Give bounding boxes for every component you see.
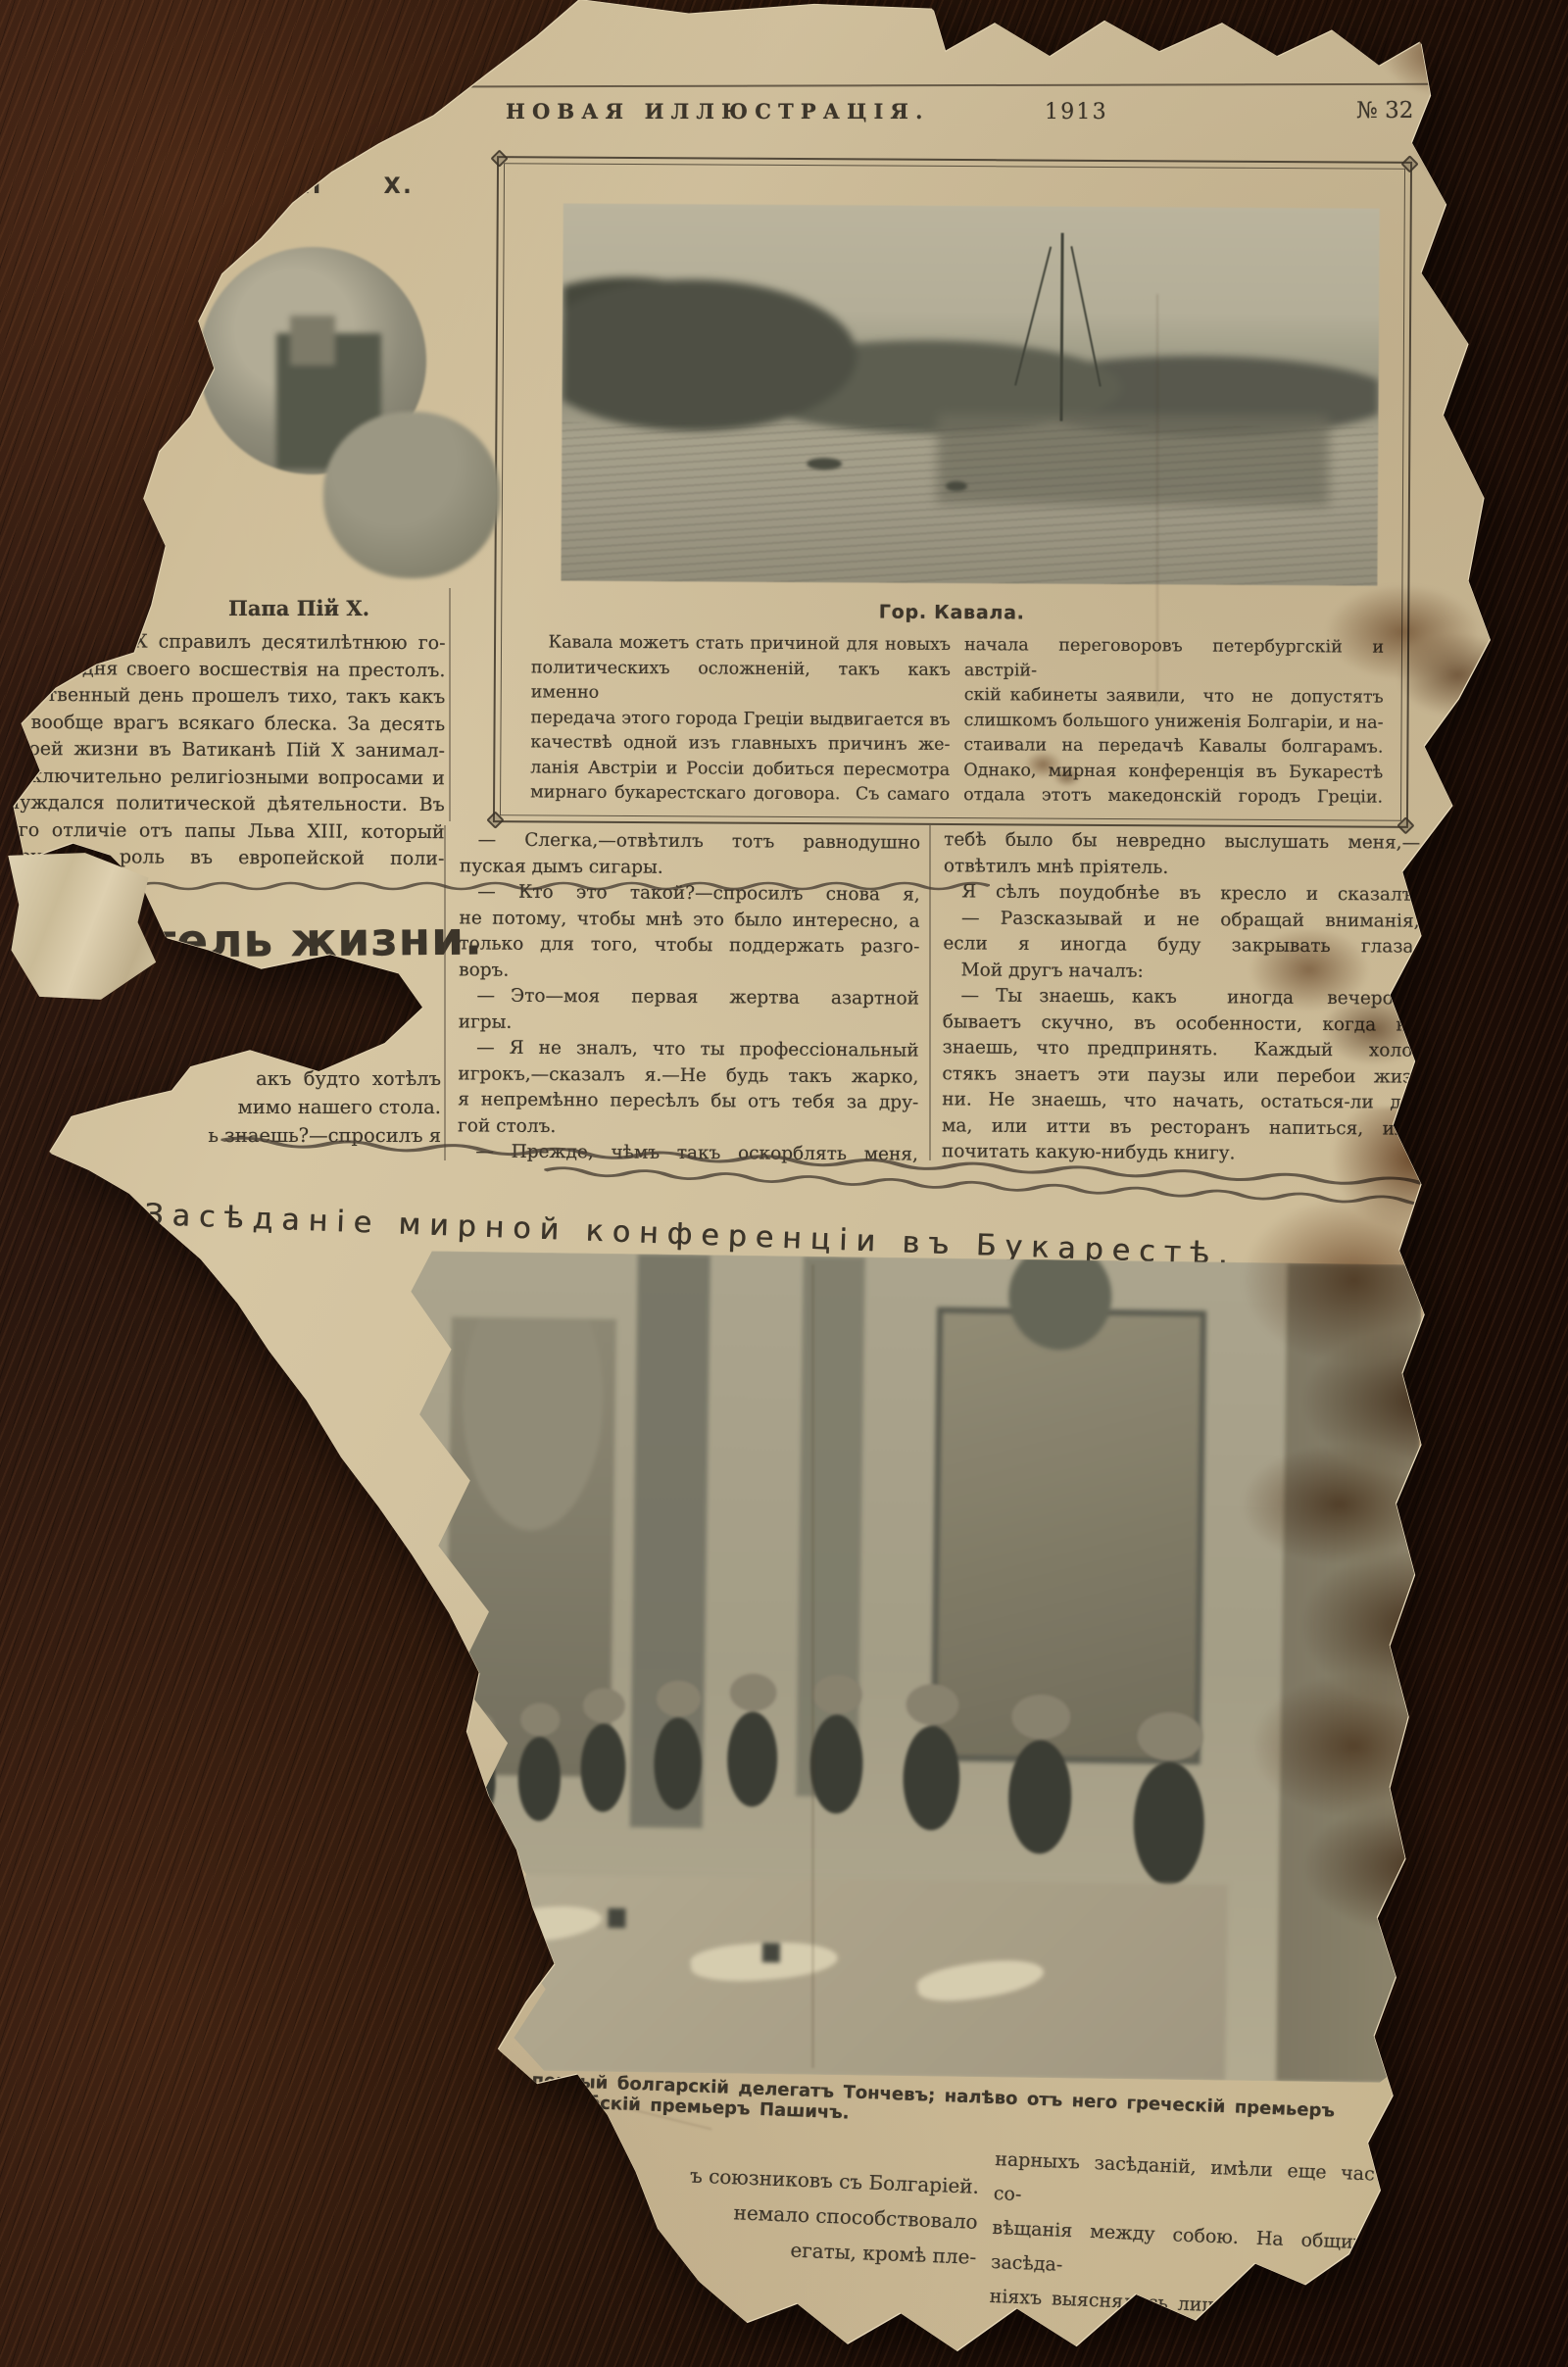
text-line: мирнаго букарестскаго договора. Съ самаг… — [530, 780, 950, 808]
text-line: — Это—моя первая жертва азартной — [459, 983, 919, 1012]
delegate-figure — [507, 1702, 573, 1827]
text-line: чуждался политической дѣятельности. Въ — [8, 790, 445, 819]
text-line: Кавала можетъ стать причиной для новыхъ — [531, 630, 951, 658]
text-line: передача этого города Греціи выдвигается… — [531, 706, 951, 733]
delegate-figure — [713, 1672, 792, 1812]
text-line: качествѣ одной изъ главныхъ причинъ же- — [530, 730, 950, 758]
text-line: отвѣтилъ мнѣ пріятель. — [944, 854, 1420, 883]
text-line: политическихъ осложненій, такъ какъ имен… — [531, 656, 951, 709]
column-divider — [449, 588, 451, 821]
delegate-figure-tonchev — [991, 1693, 1089, 1860]
boat — [946, 481, 967, 491]
delegate-figure — [641, 1680, 715, 1816]
inkwell — [762, 1943, 780, 1962]
text-line: жественный день прошелъ тихо, такъ какъ — [8, 682, 445, 712]
text-line: воръ. — [459, 958, 919, 987]
masthead-year: 1913 — [1045, 100, 1108, 124]
text-line: Папа Пій X справилъ десятилѣтнюю го- — [9, 628, 446, 658]
masthead-title: НОВАЯ ИЛЛЮСТРАЦІЯ. — [506, 99, 930, 123]
mid-right-stain — [1303, 564, 1524, 735]
photo-of-torn-newspaper: НОВАЯ ИЛЛЮСТРАЦІЯ. 1913 № 32 — [0, 0, 1568, 2367]
text-line: — Кто это такой?—спросилъ снова я, — [460, 879, 920, 909]
conference-caption: первый болгарскій делегатъ Тончевъ; налѣ… — [530, 2070, 1413, 2145]
text-line: X вообще врагъ всякаго блеска. За десять — [8, 709, 445, 738]
paper-crease — [811, 1264, 814, 2068]
text-line: исключительно религіозными вопросами и — [8, 763, 445, 792]
delegate-figure — [888, 1683, 976, 1837]
water-texture — [561, 422, 1378, 586]
boat — [807, 458, 842, 469]
text-line: акъ будто хотѣлъ — [147, 1064, 441, 1093]
right-text-stain — [1223, 910, 1439, 1081]
paper-crease — [1156, 294, 1158, 706]
text-line: мимо нашего стола. — [147, 1093, 441, 1121]
text-line: — Слегка,—отвѣтилъ тотъ равнодушно — [460, 827, 920, 857]
delegate-figure — [445, 1709, 508, 1828]
delegate-figure-pashich — [1114, 1710, 1225, 1894]
kavala-text-column-1: Кавала можетъ стать причиной для новыхъп… — [530, 630, 951, 808]
newspaper-page: НОВАЯ ИЛЛЮСТРАЦІЯ. 1913 № 32 — [0, 0, 1568, 2367]
conference-table — [379, 1872, 1227, 2080]
portrait-photo-lower-fragment — [323, 412, 500, 578]
bottom-left-column-fragment: ъ союзниковъ съ Болгаріей.немало способс… — [545, 2152, 980, 2275]
text-line: только для того, чтобы поддержать разго- — [459, 931, 919, 961]
large-right-stain — [1237, 1108, 1531, 1970]
text-line: Я сѣлъ поудобнѣе въ кресло и сказалъ: — [944, 879, 1420, 909]
kavala-panorama-photo — [561, 204, 1379, 586]
text-line: тебѣ было бы невредно выслушать меня,— — [944, 827, 1420, 857]
pius-article-heading: Папа Пій X. — [167, 596, 431, 620]
text-line: — Я не зналъ, что ты профессіональный — [459, 1035, 919, 1064]
text-line: не потому, чтобы мнѣ это было интересно,… — [459, 906, 919, 935]
text-line: игрокъ,—сказалъ я.—Не будь такъ жарко, — [458, 1061, 918, 1091]
text-line: ину со дня своего восшествія на престолъ… — [8, 655, 445, 684]
story-byline-fragment: ристенсена. — [251, 1010, 388, 1033]
delegate-figure — [796, 1673, 878, 1819]
column-divider — [929, 825, 931, 1160]
kavala-framed-box: Гор. Кавала. Кавала можетъ стать причино… — [493, 156, 1412, 828]
story-headline-fragment: тель жизни. — [149, 912, 483, 969]
delegate-figure — [568, 1687, 639, 1817]
text-line: пуская дымъ сигары. — [460, 854, 920, 883]
portrait-detail — [290, 316, 335, 366]
pius-article-text: Папа Пій X справилъ десятилѣтнюю го-ину … — [7, 628, 445, 873]
headline-underline — [247, 988, 337, 991]
column-divider — [444, 825, 446, 1160]
torn-article-heading: ПІ X. — [292, 174, 414, 199]
text-line: его отличіе отъ папы Льва XIII, который — [7, 816, 444, 846]
text-line: игры. — [459, 1010, 919, 1039]
top-right-stain — [1362, 0, 1548, 211]
text-line: ніяхъ выяснялись лишь главные вопросы. — [989, 2280, 1419, 2332]
small-stain — [1019, 745, 1088, 794]
story-middle-column: — Слегка,—отвѣтилъ тотъ равнодушнопуская… — [458, 827, 920, 1168]
text-line: ланія Австріи и Россіи добиться пересмот… — [530, 756, 950, 783]
text-line: своей жизни въ Ватиканѣ Пій X занимал- — [8, 736, 445, 765]
text-line: гой столъ. — [458, 1113, 918, 1143]
inkwell — [609, 1908, 626, 1928]
text-line: я непремѣнно пересѣлъ бы отъ тебя за дру… — [458, 1087, 918, 1116]
bottom-right-column: нарныхъ засѣданій, имѣли еще частныя со-… — [989, 2143, 1425, 2331]
paper-sheet: НОВАЯ ИЛЛЮСТРАЦІЯ. 1913 № 32 — [0, 0, 1568, 2367]
